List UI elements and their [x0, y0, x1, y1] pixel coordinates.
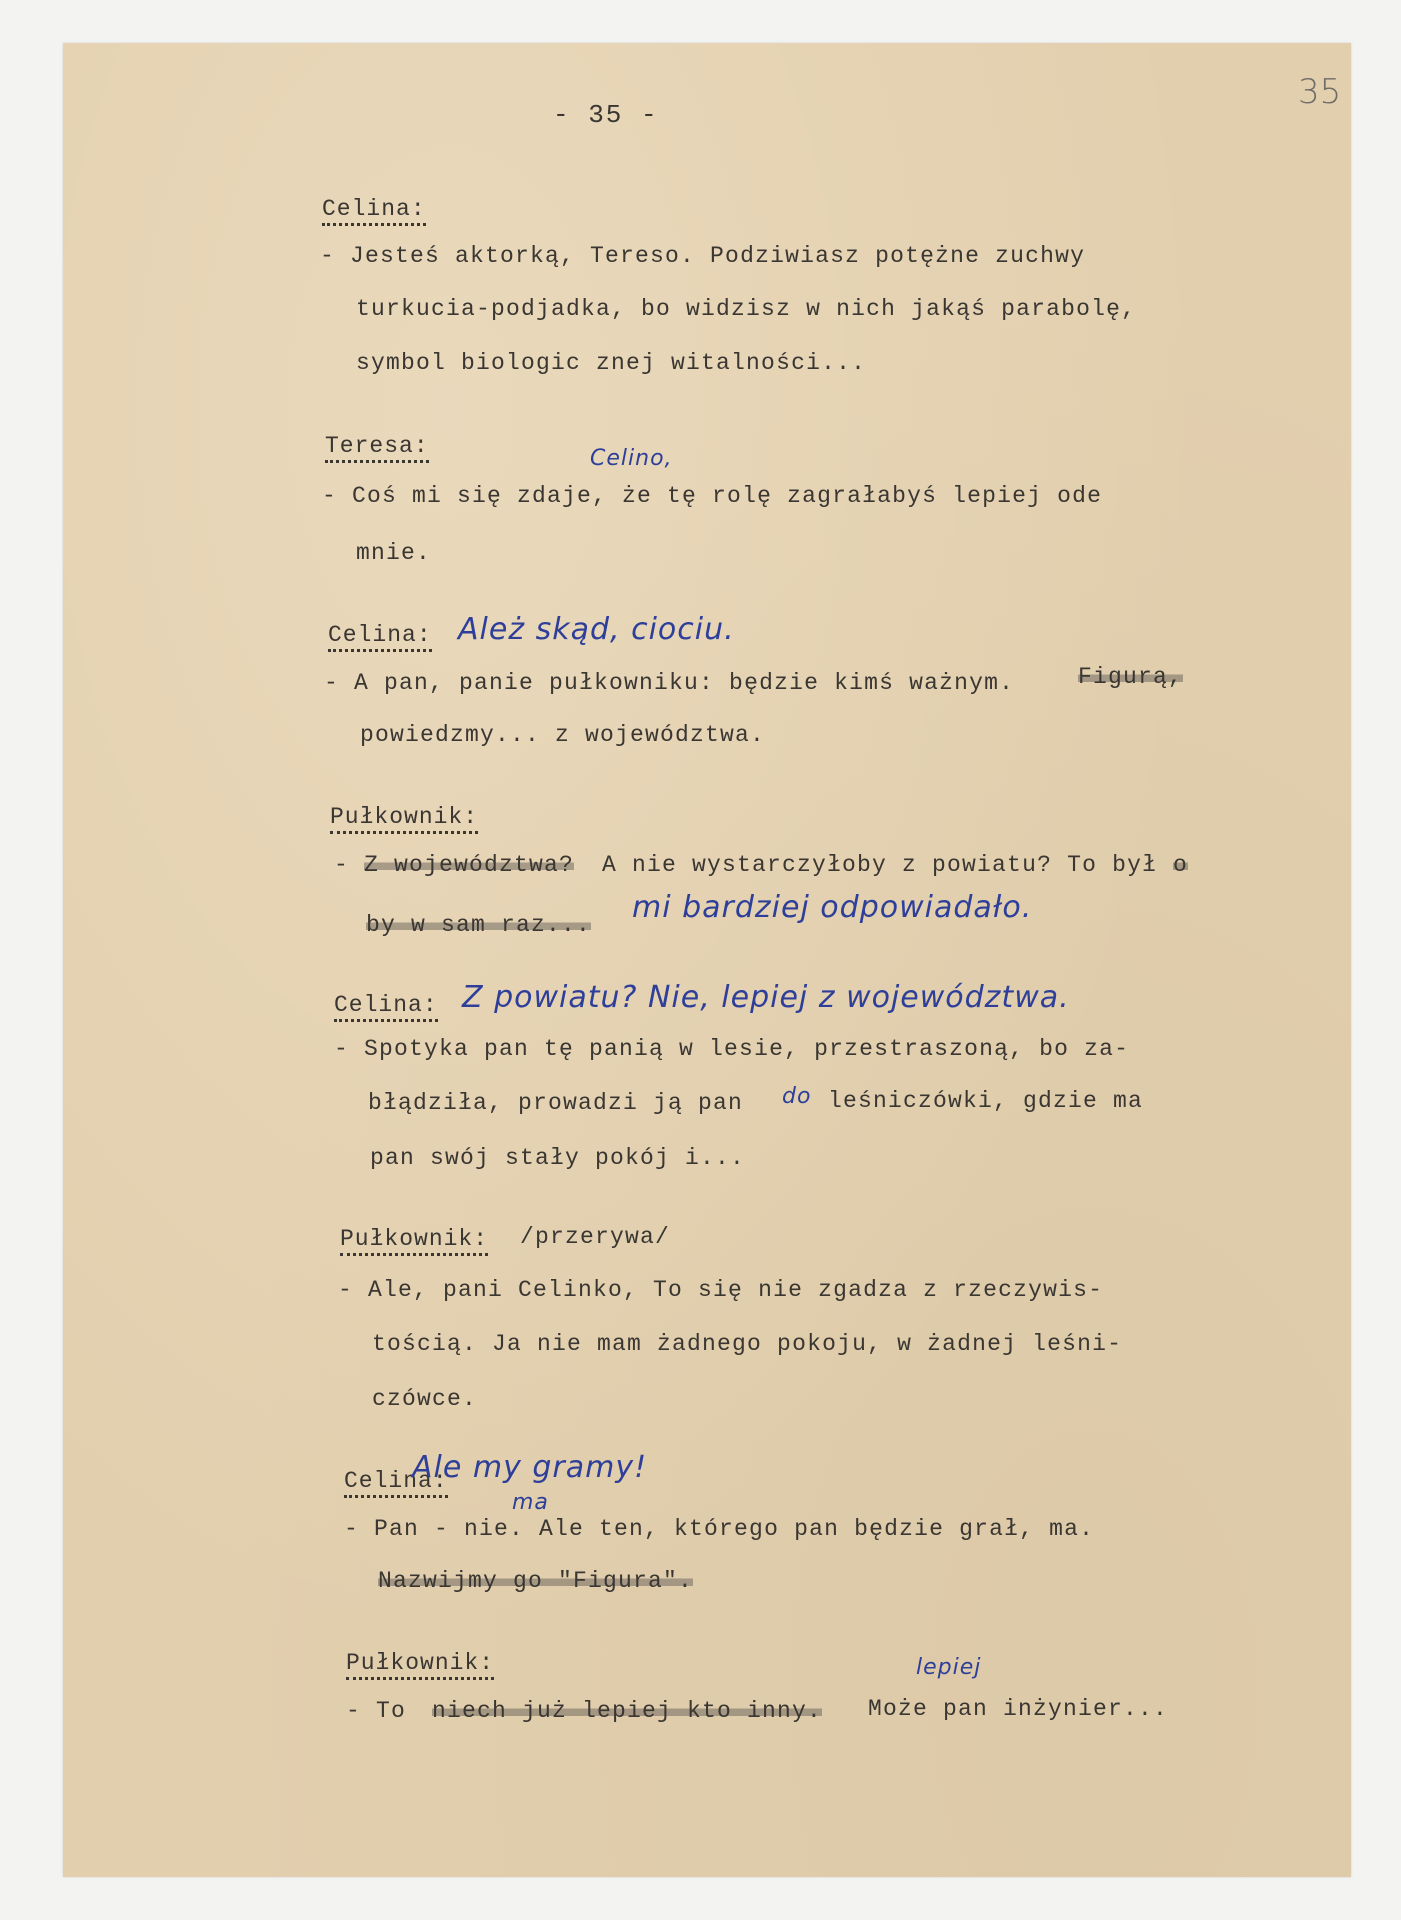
- handwritten-note: Ale my gramy!: [412, 1450, 647, 1485]
- speaker-teresa: Teresa:: [325, 433, 429, 463]
- handwritten-insert: do: [782, 1084, 811, 1109]
- speaker-pulkownik: Pułkownik:: [330, 804, 478, 834]
- dialogue-line: powiedzmy... z województwa.: [360, 722, 765, 748]
- dialogue-line: - Pan - nie. Ale ten, którego pan będzie…: [344, 1516, 1094, 1542]
- speaker-pulkownik: Pułkownik:: [346, 1650, 494, 1680]
- struck-text: Z województwa?: [364, 852, 574, 878]
- handwritten-note: mi bardziej odpowiadało.: [632, 890, 1032, 925]
- dialogue-line: Może pan inżynier...: [868, 1696, 1168, 1722]
- handwritten-note: Z powiatu? Nie, lepiej z województwa.: [462, 980, 1070, 1015]
- handwritten-insert: Celino,: [590, 446, 673, 471]
- struck-text: o: [1173, 852, 1188, 878]
- dialogue-line: - To: [346, 1698, 406, 1724]
- dialogue-line: mnie.: [356, 540, 431, 566]
- typed-page-number: - 35 -: [553, 100, 659, 130]
- handwritten-insert: ma: [512, 1490, 549, 1515]
- speaker-pulkownik: Pułkownik:: [340, 1226, 488, 1256]
- pencil-page-number: 35: [1298, 72, 1341, 112]
- dialogue-line: błądziła, prowadzi ją pan: [368, 1090, 743, 1116]
- stage-direction: /przerywa/: [520, 1224, 670, 1250]
- dialogue-line: leśniczówki, gdzie ma: [828, 1088, 1143, 1114]
- struck-text: Nazwijmy go "Figura".: [378, 1568, 693, 1594]
- dialogue-line: - Spotyka pan tę panią w lesie, przestra…: [334, 1036, 1129, 1062]
- dialogue-line: pan swój stały pokój i...: [370, 1145, 745, 1171]
- speaker-celina: Celina:: [328, 622, 432, 652]
- dialogue-line: - Coś mi się zdaje, że tę rolę zagrałaby…: [322, 483, 1102, 509]
- dialogue-line: tością. Ja nie mam żadnego pokoju, w żad…: [372, 1331, 1122, 1357]
- handwritten-note: Ależ skąd, ciociu.: [458, 612, 735, 647]
- dialogue-line: symbol biologic znej witalności...: [356, 350, 866, 376]
- struck-text: niech już lepiej kto inny.: [432, 1698, 822, 1724]
- dialogue-line: turkucia-podjadka, bo widzisz w nich jak…: [356, 296, 1136, 322]
- speaker-celina: Celina:: [334, 992, 438, 1022]
- dialogue-line: - A pan, panie pułkowniku: będzie kimś w…: [324, 670, 1014, 696]
- speaker-celina: Celina:: [322, 196, 426, 226]
- dialogue-line: czówce.: [372, 1386, 477, 1412]
- struck-text: Figurą,: [1078, 664, 1183, 690]
- handwritten-insert: lepiej: [916, 1655, 981, 1680]
- struck-text: by w sam raz...: [366, 912, 591, 938]
- dash: -: [334, 852, 349, 878]
- dialogue-line: - Ale, pani Celinko, To się nie zgadza z…: [338, 1277, 1103, 1303]
- dialogue-line: - Jesteś aktorką, Tereso. Podziwiasz pot…: [320, 243, 1085, 269]
- dialogue-line: A nie wystarczyłoby z powiatu? To był: [602, 852, 1157, 878]
